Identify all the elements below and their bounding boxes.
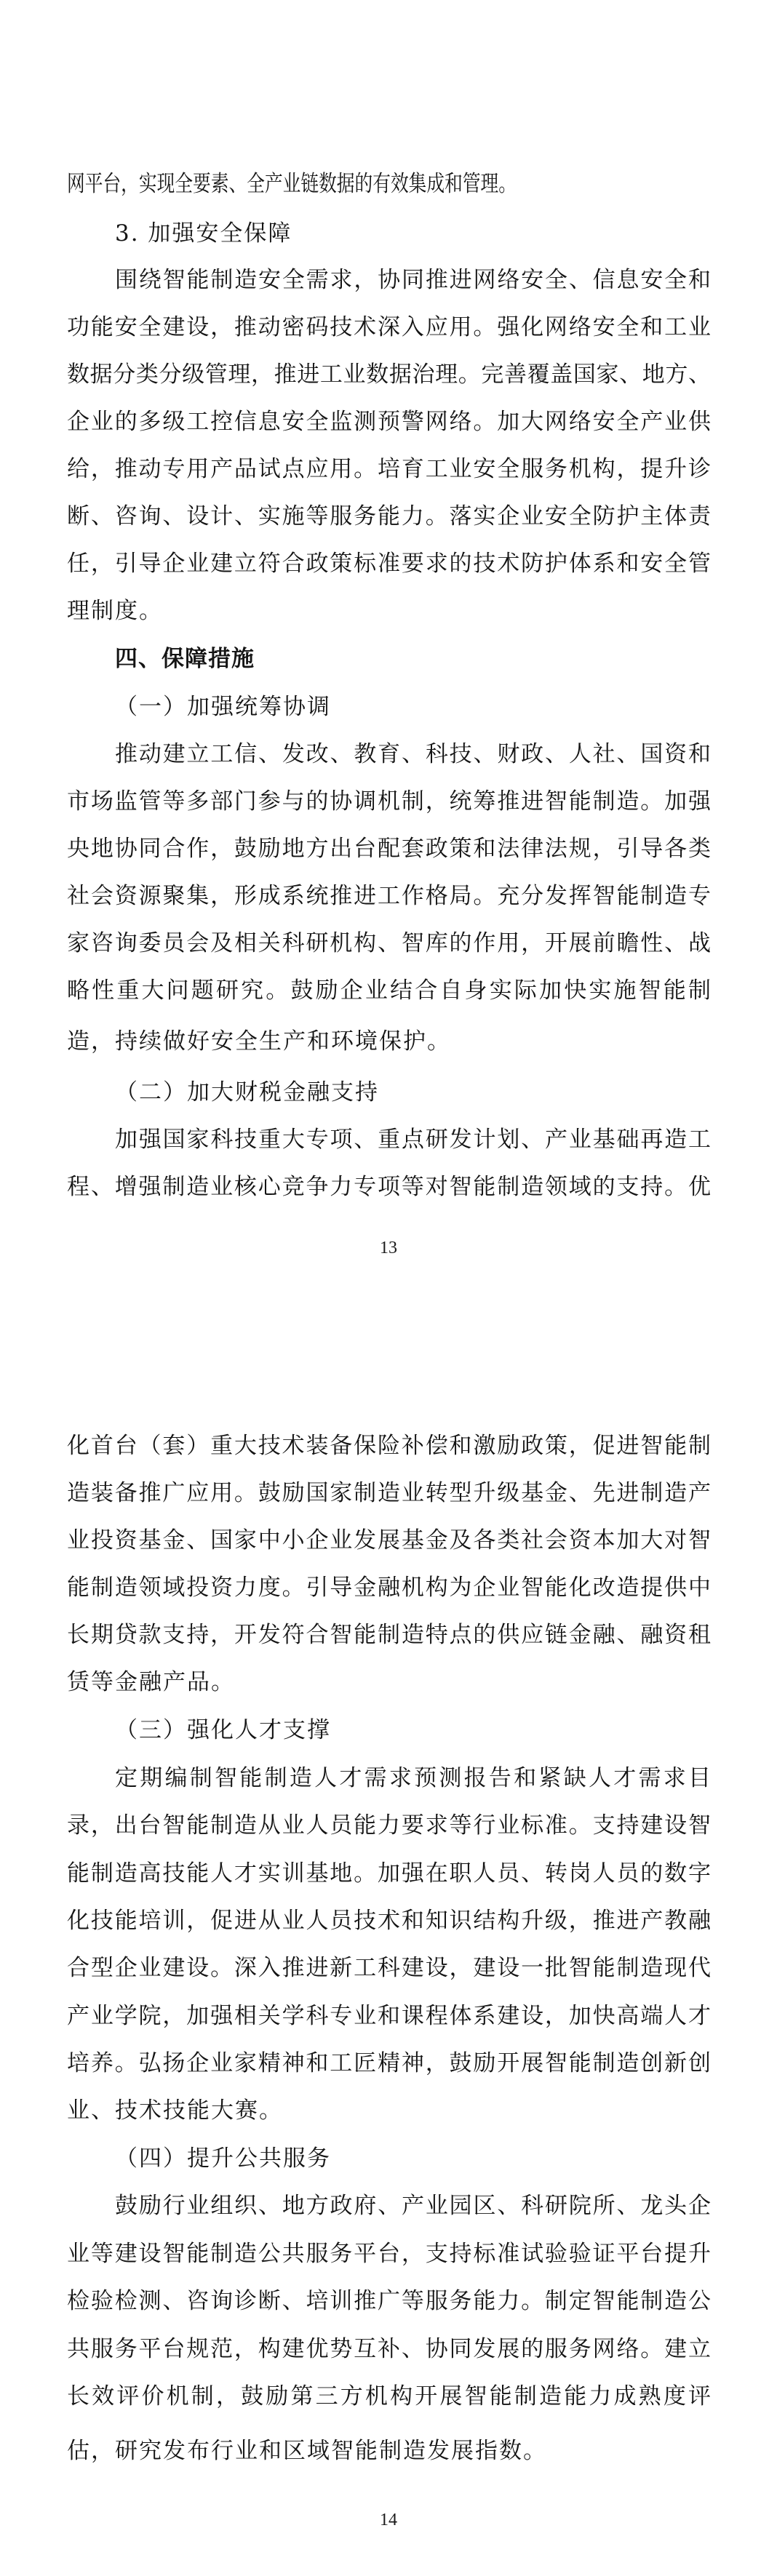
body-text-line: 市场监管等多部门参与的协调机制，统筹推进智能制造。加强 [67,787,711,816]
paragraph-first-line: 围绕智能制造安全需求，协同推进网络安全、信息安全和 [115,265,711,295]
body-text-line: 任，引导企业建立符合政策标准要求的技术防护体系和安全管 [67,549,711,578]
body-text-line: 社会资源聚集，形成系统推进工作格局。充分发挥智能制造专 [67,881,711,911]
body-text-line: 赁等金融产品。 [67,1668,711,1697]
body-text-line: 央地协同合作，鼓励地方出台配套政策和法律法规，引导各类 [67,834,711,863]
body-text-line: 长期贷款支持，开发符合智能制造特点的供应链金融、融资租 [67,1620,711,1649]
body-text-line: 业等建设智能制造公共服务平台，支持标准试验验证平台提升 [67,2239,711,2268]
body-text-line: 业、技术技能大赛。 [67,2096,711,2125]
body-text-line: 化技能培训，促进从业人员技术和知识结构升级，推进产教融 [67,1906,711,1935]
subsection-heading-4: （四）提升公共服务 [115,2144,711,2173]
document-page-13: 网平台，实现全要素、全产业链数据的有效集成和管理。 3. 加强安全保障 围绕智能… [0,0,777,1280]
body-text-line: 能制造领域投资力度。引导金融机构为企业智能化改造提供中 [67,1573,711,1602]
paragraph-first-line: 推动建立工信、发改、教育、科技、财政、人社、国资和 [115,740,711,769]
body-text-line: 能制造高技能人才实训基地。加强在职人员、转岗人员的数字 [67,1859,711,1888]
body-text-line: 断、咨询、设计、实施等服务能力。落实企业安全防护主体责 [67,502,711,531]
body-text-line: 业投资基金、国家中小企业发展基金及各类社会资本加大对智 [67,1526,711,1555]
body-text-line: 产业学院，加强相关学科专业和课程体系建设，加快高端人才 [67,2001,711,2031]
body-text-line: 数据分类分级管理，推进工业数据治理。完善覆盖国家、地方、 [67,360,711,389]
body-text-line: 化首台（套）重大技术装备保险补偿和激励政策，促进智能制 [67,1431,711,1460]
body-text-line: 合型企业建设。深入推进新工科建设，建设一批智能制造现代 [67,1953,711,1983]
paragraph-first-line: 定期编制智能制造人才需求预测报告和紧缺人才需求目 [115,1764,711,1793]
body-text-line: 功能安全建设，推动密码技术深入应用。强化网络安全和工业 [67,313,711,342]
body-text-line: 网平台，实现全要素、全产业链数据的有效集成和管理。 [67,169,517,199]
body-text-line: 程、增强制造业核心竞争力专项等对智能制造领域的支持。优 [67,1172,711,1201]
body-text-line: 录，出台智能制造从业人员能力要求等行业标准。支持建设智 [67,1811,711,1840]
body-text-line: 共服务平台规范，构建优势互补、协同发展的服务网络。建立 [67,2335,711,2364]
body-text-line: 企业的多级工控信息安全监测预警网络。加大网络安全产业供 [67,407,711,436]
body-text-line: 培养。弘扬企业家精神和工匠精神，鼓励开展智能制造创新创 [67,2049,711,2078]
page-number: 13 [0,1239,777,1257]
body-text-line: 估，研究发布行业和区域智能制造发展指数。 [67,2436,711,2465]
body-text-line: 长效评价机制，鼓励第三方机构开展智能制造能力成熟度评 [67,2382,711,2411]
paragraph-first-line: 鼓励行业组织、地方政府、产业园区、科研院所、龙头企 [115,2191,711,2220]
document-page-14: 化首台（套）重大技术装备保险补偿和激励政策，促进智能制 造装备推广应用。鼓励国家… [0,1280,777,2576]
section-heading-4: 四、保障措施 [115,644,711,673]
paragraph-first-line: 加强国家科技重大专项、重点研发计划、产业基础再造工 [115,1125,711,1154]
body-text-line: 给，推动专用产品试点应用。培育工业安全服务机构，提升诊 [67,455,711,484]
body-text-line: 造，持续做好安全生产和环境保护。 [67,1027,711,1056]
subsection-heading-3: （三）强化人才支撑 [115,1716,711,1745]
subsection-heading-3: 3. 加强安全保障 [115,219,711,248]
body-text-line: 家咨询委员会及相关科研机构、智库的作用，开展前瞻性、战 [67,929,711,958]
subsection-heading-2: （二）加大财税金融支持 [115,1078,711,1107]
body-text-line: 检验检测、咨询诊断、培训推广等服务能力。制定智能制造公 [67,2287,711,2316]
body-text-line: 理制度。 [67,596,711,625]
page-number: 14 [0,2511,777,2529]
body-text-line: 造装备推广应用。鼓励国家制造业转型升级基金、先进制造产 [67,1479,711,1508]
body-text-line: 略性重大问题研究。鼓励企业结合自身实际加快实施智能制 [67,976,711,1005]
subsection-heading-1: （一）加强统筹协调 [115,692,711,721]
